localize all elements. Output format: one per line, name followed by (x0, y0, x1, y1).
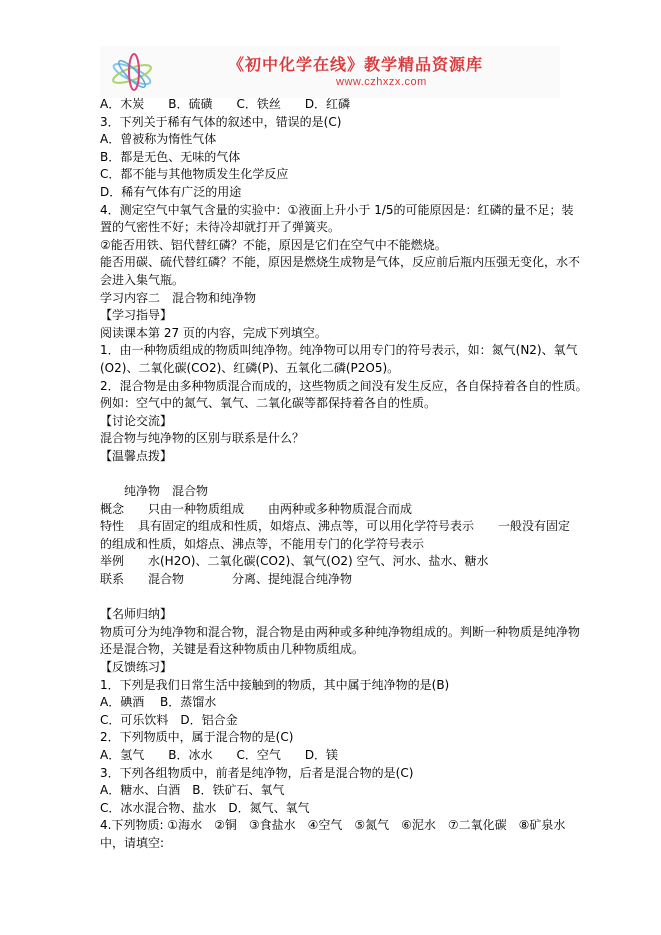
practice-question-4-line-2: 中，请填空: (100, 835, 570, 853)
spacer (100, 465, 570, 483)
guide-intro: 阅读课本第 27 页的内容，完成下列填空。 (100, 325, 570, 343)
table-row: 概念 只由一种物质组成 由两种或多种物质混合而成 (100, 501, 570, 519)
point-2-line-1: 2．混合物是由多种物质混合而成的，这些物质之间没有发生反应，各自保持着各自的性质… (100, 378, 570, 396)
row-text: 只由一种物质组成 由两种或多种物质混合而成 (148, 501, 412, 519)
page-header-banner: 《初中化学在线》教学精品资源库 www.czhxzx.com (100, 46, 560, 98)
question-3-option-d: D．稀有气体有广泛的用途 (100, 184, 570, 202)
comparison-table-header: 纯净物 混合物 (100, 483, 570, 501)
practice-question-1: 1．下列是我们日常生活中接触到的物质，其中属于纯净物的是(B) (100, 677, 570, 695)
table-row: 举例 水(H2O)、二氧化碳(CO2)、氧气(O2) 空气、河水、盐水、糖水 (100, 553, 570, 571)
row-text: 具有固定的组成和性质，如熔点、沸点等，可以用化学符号表示 一般没有固定 (138, 518, 570, 536)
table-row: 特性 具有固定的组成和性质，如熔点、沸点等，可以用化学符号表示 一般没有固定 (100, 518, 570, 536)
question-4-line-3: ②能否用铁、铝代替红磷？不能，原因是它们在空气中不能燃烧。 (100, 237, 570, 255)
practice-heading: 【反馈练习】 (100, 659, 570, 677)
row-label: 特性 (100, 518, 138, 536)
point-2-line-2: 例如：空气中的氮气、氧气、二氧化碳等都保持着各自的性质。 (100, 395, 570, 413)
discussion-heading: 【讨论交流】 (100, 413, 570, 431)
spacer (100, 589, 570, 607)
summary-line-2: 还是混合物，关键是看这种物质由几种物质组成。 (100, 641, 570, 659)
practice-question-3: 3．下列各组物质中，前者是纯净物，后者是混合物的是(C) (100, 765, 570, 783)
question-3-option-a: A．曾被称为惰性气体 (100, 131, 570, 149)
comparison-table: 纯净物 混合物 概念 只由一种物质组成 由两种或多种物质混合而成 特性 具有固定… (100, 483, 570, 589)
row-label: 联系 (100, 571, 148, 589)
question-4-line-1: 4．测定空气中氧气含量的实验中：①液面上升小于 1/5的可能原因是：红磷的量不足… (100, 202, 570, 220)
row-text: 混合物 分离、提纯混合纯净物 (148, 571, 352, 589)
site-url: www.czhxzx.com (336, 76, 427, 88)
question-4-line-4: 能否用碳、硫代替红磷？不能，原因是燃烧生成物是气体，反应前后瓶内压强无变化，水不 (100, 254, 570, 272)
section-title: 学习内容二 混合物和纯净物 (100, 290, 570, 308)
practice-question-3-options-cd: C．冰水混合物、盐水 D．氮气、氧气 (100, 800, 570, 818)
tips-heading: 【温馨点拨】 (100, 448, 570, 466)
question-3-option-c: C．都不能与其他物质发生化学反应 (100, 166, 570, 184)
summary-heading: 【名师归纳】 (100, 606, 570, 624)
practice-question-1-options-ab: A．碘酒 B．蒸馏水 (100, 694, 570, 712)
question-3-option-b: B．都是无色、无味的气体 (100, 149, 570, 167)
practice-question-3-options-ab: A．糖水、白酒 B．铁矿石、氧气 (100, 782, 570, 800)
table-row: 联系 混合物 分离、提纯混合纯净物 (100, 571, 570, 589)
practice-question-2-options: A．氢气 B．冰水 C．空气 D．镁 (100, 747, 570, 765)
point-1-line-2: (O2)、二氧化碳(CO2)、红磷(P)、五氧化二磷(P2O5)。 (100, 360, 570, 378)
discussion-question: 混合物与纯净物的区别与联系是什么？ (100, 430, 570, 448)
atom-orbit-logo-icon (106, 50, 158, 94)
practice-question-2: 2．下列物质中，属于混合物的是(C) (100, 729, 570, 747)
point-1-line-1: 1．由一种物质组成的物质叫纯净物。纯净物可以用专门的符号表示，如：氮气(N2)、… (100, 342, 570, 360)
row-label: 举例 (100, 553, 148, 571)
practice-question-1-options-cd: C．可乐饮料 D．铝合金 (100, 712, 570, 730)
question-3: 3．下列关于稀有气体的叙述中，错误的是(C) (100, 114, 570, 132)
summary-line-1: 物质可分为纯净物和混合物，混合物是由两种或多种纯净物组成的。判断一种物质是纯净物 (100, 624, 570, 642)
guide-heading: 【学习指导】 (100, 307, 570, 325)
row-text: 的组成和性质，如熔点、沸点等，不能用专门的化学符号表示 (100, 536, 424, 554)
site-title: 《初中化学在线》教学精品资源库 (228, 52, 483, 75)
question-4-line-5: 会进入集气瓶。 (100, 272, 570, 290)
row-label: 概念 (100, 501, 148, 519)
question-2-options: A．木炭 B．硫磺 C．铁丝 D．红磷 (100, 96, 570, 114)
practice-question-4-line-1: 4.下列物质: ①海水 ②铜 ③食盐水 ④空气 ⑤氮气 ⑥泥水 ⑦二氧化碳 ⑧矿… (100, 817, 570, 835)
document-body: A．木炭 B．硫磺 C．铁丝 D．红磷 3．下列关于稀有气体的叙述中，错误的是(… (100, 96, 570, 853)
question-4-line-2: 置的气密性不好；未待冷却就打开了弹簧夹。 (100, 219, 570, 237)
row-text: 水(H2O)、二氧化碳(CO2)、氧气(O2) 空气、河水、盐水、糖水 (148, 553, 489, 571)
table-row-continuation: 的组成和性质，如熔点、沸点等，不能用专门的化学符号表示 (100, 536, 570, 554)
